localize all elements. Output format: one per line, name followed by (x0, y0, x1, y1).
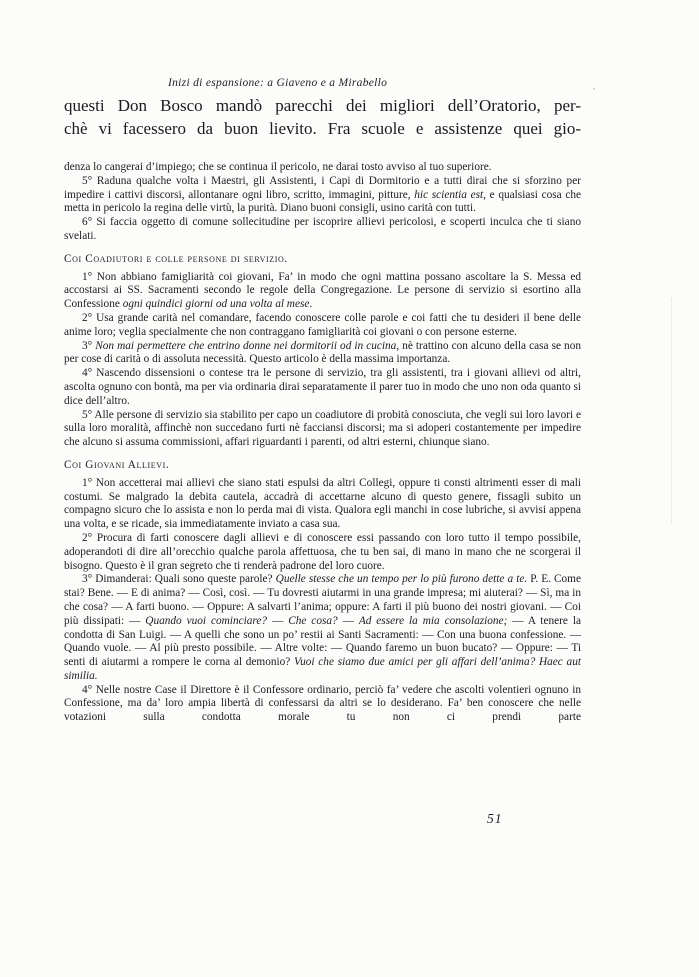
quotation-paragraph: 3° Dimanderai: Quali sono queste parole?… (64, 573, 581, 683)
section-heading: Coi Giovani Allievi. (64, 459, 581, 473)
text-segment: 2° Procura di farti conoscere dagli alli… (64, 532, 581, 572)
page-number: 51 (487, 811, 503, 827)
text-segment: — (338, 615, 359, 627)
section-heading: Coi Coadiutori e colle persone di serviz… (64, 253, 581, 267)
text-segment: 4° Nelle nostre Case il Direttore è il C… (64, 684, 581, 724)
text-segment: 3° Dimanderai: Quali sono queste parole? (82, 573, 276, 585)
text-segment: 4° Nascendo dissensioni o contese tra le… (64, 367, 581, 407)
text-segment: 3° (82, 340, 95, 352)
scan-artifact-dotted-line (671, 298, 672, 523)
quotation-paragraph: denza lo cangerai d’impiego; che se cont… (64, 161, 581, 175)
quotation-paragraph: 2° Usa grande carità nel comandare, face… (64, 312, 581, 340)
quotation-paragraph: 5° Raduna qualche volta i Maestri, gli A… (64, 175, 581, 216)
running-head: Inizi di espansione: a Giaveno e a Mirab… (168, 77, 387, 89)
quotation-paragraph: 2° Procura di farti conoscere dagli alli… (64, 532, 581, 573)
text-segment: denza lo cangerai d’impiego; che se cont… (64, 161, 492, 173)
italic-text-segment: Che cosa? (288, 615, 337, 627)
quotation-paragraph: 4° Nelle nostre Case il Direttore è il C… (64, 684, 581, 725)
quotation-paragraph: 5° Alle persone di servizio sia stabilit… (64, 409, 581, 450)
quotation-paragraph: 1° Non abbiano famigliarità coi giovani,… (64, 271, 581, 312)
quotation-block: denza lo cangerai d’impiego; che se cont… (64, 161, 581, 725)
lead-line-2: chè vi facessero da buon lievito. Fra sc… (64, 118, 581, 141)
italic-text-segment: Quelle stesse che un tempo per lo più fu… (276, 573, 528, 585)
text-segment: . (309, 298, 312, 310)
quotation-paragraph: 6° Si faccia oggetto di comune sollecitu… (64, 216, 581, 244)
text-segment: 5° Alle persone di servizio sia stabilit… (64, 409, 581, 449)
quotation-paragraph: 1° Non accetterai mai allievi che siano … (64, 477, 581, 532)
italic-text-segment: Quando vuoi cominciare? (145, 615, 267, 627)
quotation-paragraph: 4° Nascendo dissensioni o contese tra le… (64, 367, 581, 408)
text-segment: 2° Usa grande carità nel comandare, face… (64, 312, 581, 338)
book-page: Inizi di espansione: a Giaveno e a Mirab… (0, 0, 699, 977)
lead-line-1: questi Don Bosco mandò parecchi dei migl… (64, 95, 581, 118)
scan-artifact-speck (593, 88, 595, 90)
quotation-paragraph: 3° Non mai permettere che entrino donne … (64, 340, 581, 368)
text-segment: — (267, 615, 288, 627)
text-segment: 6° Si faccia oggetto di comune sollecitu… (64, 216, 581, 242)
italic-text-segment: hic scientia est (414, 189, 483, 201)
italic-text-segment: Ad essere la mia consolazione; (359, 615, 508, 627)
lead-paragraph: questi Don Bosco mandò parecchi dei migl… (64, 95, 581, 140)
text-segment: 1° Non accetterai mai allievi che siano … (64, 477, 581, 530)
italic-text-segment: ogni quindici giorni od una volta al mes… (123, 298, 310, 310)
italic-text-segment: Non mai permettere che entrino donne nei… (95, 340, 396, 352)
